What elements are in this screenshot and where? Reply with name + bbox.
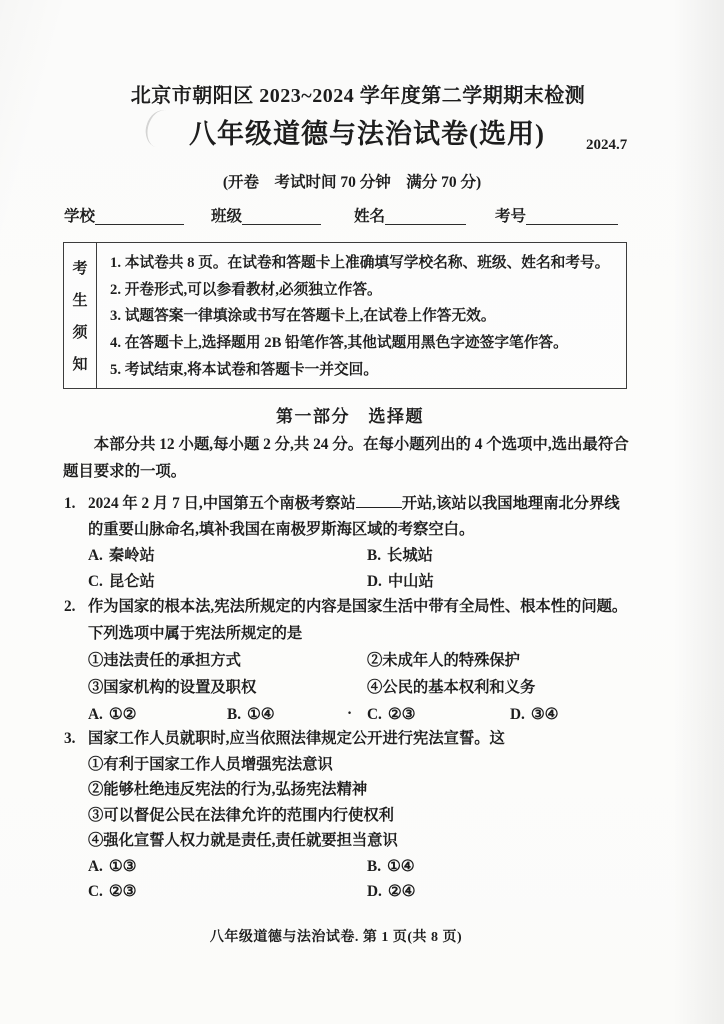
option-c-label: C. [367, 706, 382, 723]
option-d: D.③④ [510, 701, 633, 728]
class-blank-line [242, 204, 321, 225]
option-d: D.中山站 [367, 569, 633, 595]
notice-side-char: 考 [72, 257, 87, 278]
school-blank-line [95, 204, 184, 225]
option-c-label: C. [88, 883, 103, 900]
notice-item: 1. 本试卷共 8 页。在试卷和答题卡上准确填写学校名称、班级、姓名和考号。 [110, 250, 622, 277]
question-3-number: 3. [64, 726, 75, 752]
exam-number-field: 考号 [495, 204, 618, 226]
name-field: 姓名 [354, 204, 466, 226]
option-d-label: D. [510, 706, 525, 723]
question-3-statements: ①有利于国家工作人员增强宪法意识 ②能够杜绝违反宪法的行为,弘扬宪法精神 ③可以… [63, 752, 633, 854]
question-2-stem-text: 作为国家的根本法,宪法所规定的内容是国家生活中带有全局性、根本性的问题。下列选项… [88, 598, 627, 642]
paper-date: 2024.7 [586, 137, 627, 154]
option-a-label: A. [88, 858, 103, 875]
option-b: B.①④ [367, 854, 633, 880]
notice-side-label: 考 生 须 知 [64, 243, 97, 388]
question-1-stem-before: 2024 年 2 月 7 日,中国第五个南极考察站 [88, 495, 356, 512]
exam-number-blank-line [526, 204, 618, 225]
option-b-label: B. [367, 547, 381, 564]
scanned-exam-page: 北京市朝阳区 2023~2024 学年度第二学期期末检测 八年级道德与法治试卷(… [0, 0, 724, 1024]
option-a-text: 秦岭站 [109, 547, 155, 564]
option-a-label: A. [88, 706, 103, 723]
question-2-options: A.①② B.①④ ·C.②③ D.③④ [63, 701, 633, 728]
notice-item: 2. 开卷形式,可以参看教材,必须独立作答。 [110, 277, 622, 304]
question-2-statements: ①违法责任的承担方式 ②未成年人的特殊保护 ③国家机构的设置及职权 ④公民的基本… [63, 647, 633, 701]
exam-rules-line: (开卷 考试时间 70 分钟 满分 70 分) [0, 170, 704, 192]
option-b-text: ①④ [247, 706, 274, 723]
option-d-text: ③④ [531, 706, 558, 723]
option-d-text: 中山站 [388, 573, 434, 590]
statement-2: ②未成年人的特殊保护 [367, 647, 633, 674]
option-c-text: ②③ [388, 706, 415, 723]
notice-side-char: 生 [72, 289, 87, 310]
notice-item: 4. 在答题卡上,选择题用 2B 铅笔作答,其他试题用黑色字迹签字笔作答。 [110, 330, 622, 357]
option-d-text: ②④ [388, 883, 415, 900]
question-1-stem: 1. 2024 年 2 月 7 日,中国第五个南极考察站开站,该站以我国地理南北… [63, 491, 633, 543]
statement-3: ③可以督促公民在法律允许的范围内行使权利 [88, 803, 633, 829]
question-1: 1. 2024 年 2 月 7 日,中国第五个南极考察站开站,该站以我国地理南北… [63, 491, 633, 595]
question-3: 3. 国家工作人员就职时,应当依照法律规定公开进行宪法宣誓。这 ①有利于国家工作… [63, 726, 633, 905]
exam-district-line: 北京市朝阳区 2023~2024 学年度第二学期期末检测 [0, 79, 716, 108]
notice-item: 3. 试题答案一律填涂或书写在答题卡上,在试卷上作答无效。 [110, 303, 622, 330]
question-1-options: A.秦岭站 B.长城站 C.昆仑站 D.中山站 [63, 543, 633, 595]
statement-1: ①有利于国家工作人员增强宪法意识 [88, 752, 633, 778]
class-label: 班级 [211, 204, 242, 226]
fill-in-blank-line [356, 505, 402, 508]
question-3-options: A.①③ B.①④ C.②③ D.②④ [63, 854, 633, 905]
question-1-number: 1. [64, 491, 75, 517]
name-blank-line [385, 204, 466, 225]
section-one-intro: 本部分共 12 小题,每小题 2 分,共 24 分。在每小题列出的 4 个选项中… [63, 431, 641, 485]
notice-side-char: 知 [72, 353, 87, 374]
school-field: 学校 [64, 204, 184, 226]
option-a-label: A. [88, 547, 103, 564]
option-a-text: ①② [109, 706, 136, 723]
option-d-label: D. [367, 883, 382, 900]
option-b-label: B. [227, 706, 241, 723]
statement-1: ①违法责任的承担方式 [88, 647, 367, 674]
statement-4: ④强化宣誓人权力就是责任,责任就要担当意识 [88, 828, 633, 854]
option-c-text: 昆仑站 [109, 573, 155, 590]
question-3-stem: 3. 国家工作人员就职时,应当依照法律规定公开进行宪法宣誓。这 [63, 726, 633, 752]
option-b-text: 长城站 [387, 547, 433, 564]
option-c: C.②③ [88, 879, 367, 905]
candidate-notice-box: 考 生 须 知 1. 本试卷共 8 页。在试卷和答题卡上准确填写学校名称、班级、… [63, 242, 627, 389]
statement-3: ③国家机构的设置及职权 [88, 674, 367, 701]
notice-items: 1. 本试卷共 8 页。在试卷和答题卡上准确填写学校名称、班级、姓名和考号。 2… [97, 243, 626, 388]
name-label: 姓名 [354, 204, 385, 226]
stray-ink-dot: · [347, 700, 352, 727]
option-a: A.秦岭站 [88, 543, 367, 569]
option-d: D.②④ [367, 879, 633, 905]
option-a-text: ①③ [109, 858, 136, 875]
question-2: 2. 作为国家的根本法,宪法所规定的内容是国家生活中带有全局性、根本性的问题。下… [63, 593, 633, 728]
exam-number-label: 考号 [495, 204, 526, 226]
statement-2: ②能够杜绝违反宪法的行为,弘扬宪法精神 [88, 777, 633, 803]
option-b: B.长城站 [367, 543, 633, 569]
notice-side-char: 须 [72, 321, 87, 342]
page-footer: 八年级道德与法治试卷. 第 1 页(共 8 页) [0, 926, 672, 946]
question-3-stem-text: 国家工作人员就职时,应当依照法律规定公开进行宪法宣誓。这 [88, 730, 505, 747]
option-c: ·C.②③ [367, 701, 510, 728]
student-info-row: 学校 班级 姓名 考号 [64, 204, 624, 226]
option-b-label: B. [367, 858, 381, 875]
option-c: C.昆仑站 [88, 569, 367, 595]
question-2-number: 2. [64, 593, 75, 620]
class-field: 班级 [211, 204, 321, 226]
statement-4: ④公民的基本权利和义务 [367, 674, 633, 701]
option-b: B.①④ [227, 701, 367, 728]
option-a: A.①② [88, 701, 227, 728]
section-one-title: 第一部分 选择题 [0, 402, 700, 427]
option-d-label: D. [367, 573, 382, 590]
notice-item: 5. 考试结束,将本试卷和答题卡一并交回。 [110, 357, 622, 384]
option-a: A.①③ [88, 854, 367, 880]
option-c-label: C. [88, 573, 103, 590]
option-b-text: ①④ [387, 858, 414, 875]
option-c-text: ②③ [109, 883, 136, 900]
question-2-stem: 2. 作为国家的根本法,宪法所规定的内容是国家生活中带有全局性、根本性的问题。下… [63, 593, 633, 647]
school-label: 学校 [64, 204, 95, 226]
